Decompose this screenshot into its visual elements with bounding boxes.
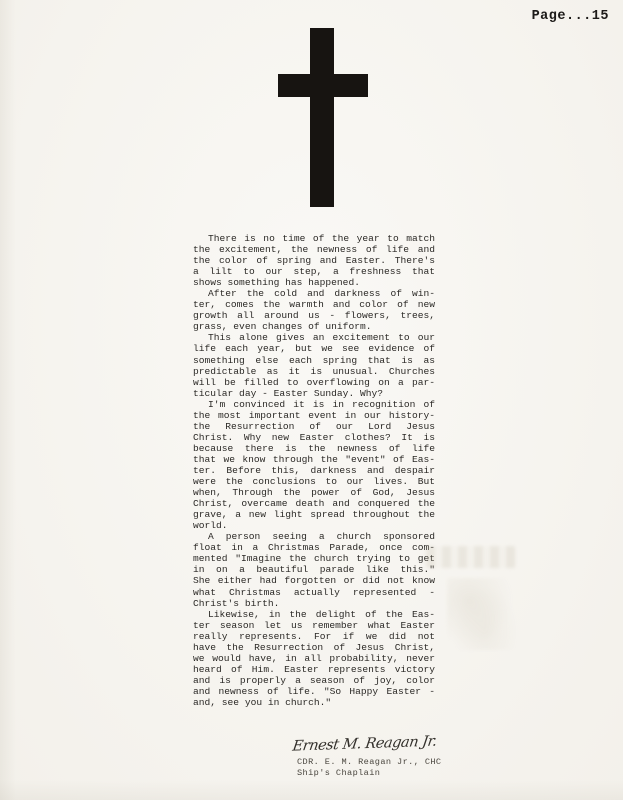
text-line: grave, a new light spread throughout the [193, 509, 435, 520]
text-line: mented "Imagine the church trying to get [193, 553, 435, 564]
text-line: growth all around us - flowers, trees, [193, 310, 435, 321]
text-line: predictable as it is unusual. Churches [193, 366, 435, 377]
scanned-document-page: Page...15 There is no time of the year t… [0, 0, 623, 800]
text-line: the excitement, the newness of life and [193, 244, 435, 255]
bleed-through-smudge [426, 546, 516, 568]
text-line: and is properly a season of joy, color [193, 675, 435, 686]
text-line: Christ, overcame death and conquered the [193, 498, 435, 509]
cross-vertical-bar [310, 28, 334, 207]
text-line: A person seeing a church sponsored [193, 531, 435, 542]
text-line: heard of Him. Easter represents victory [193, 664, 435, 675]
text-line: we would have, in all probability, never [193, 653, 435, 664]
text-line: ticular day - Easter Sunday. Why? [193, 388, 435, 399]
text-line: She either had forgotten or did not know [193, 575, 435, 586]
text-line: the Resurrection of our Lord Jesus [193, 421, 435, 432]
text-line: the color of spring and Easter. There's [193, 255, 435, 266]
signature-typed-name: CDR. E. M. Reagan Jr., CHC [297, 757, 441, 767]
bleed-through-smudge [447, 578, 517, 650]
text-line: when, Through the power of God, Jesus [193, 487, 435, 498]
text-line: Christ. Why new Easter clothes? It is [193, 432, 435, 443]
text-line: There is no time of the year to match [193, 233, 435, 244]
text-line: something else each spring that is as [193, 355, 435, 366]
text-line: After the cold and darkness of win- [193, 288, 435, 299]
cross-horizontal-bar [278, 74, 368, 97]
text-line: what Christmas actually represented - [193, 587, 435, 598]
text-line: shows something has happened. [193, 277, 435, 288]
text-line: Christ's birth. [193, 598, 435, 609]
text-line: will be filled to overflowing on a par- [193, 377, 435, 388]
text-line: ter, comes the warmth and color of new [193, 299, 435, 310]
text-line: were the conclusions to our lives. But [193, 476, 435, 487]
text-line: This alone gives an excitement to our [193, 332, 435, 343]
text-line: a lilt to our step, a freshness that [193, 266, 435, 277]
text-line: float in a Christmas Parade, once com- [193, 542, 435, 553]
text-line: and, see you in church." [193, 697, 435, 708]
text-line: the most important event in our history- [193, 410, 435, 421]
text-line: have the Resurrection of Jesus Christ, [193, 642, 435, 653]
body-text: There is no time of the year to matchthe… [193, 233, 435, 708]
text-line: life each year, but we see evidence of [193, 343, 435, 354]
text-line: really represents. For if we did not [193, 631, 435, 642]
text-line: ter. Before this, darkness and despair [193, 465, 435, 476]
page-number: Page...15 [532, 9, 609, 24]
text-line: grass, even changes of uniform. [193, 321, 435, 332]
text-line: world. [193, 520, 435, 531]
handwritten-signature: Ernest M. Reagan Jr. [291, 733, 444, 754]
text-line: I'm convinced it is in recognition of [193, 399, 435, 410]
text-line: ter season let us remember what Easter [193, 620, 435, 631]
text-line: and newness of life. "So Happy Easter - [193, 686, 435, 697]
text-line: that we know through the "event" of Eas- [193, 454, 435, 465]
text-line: because there is the newness of life [193, 443, 435, 454]
text-line: Likewise, in the delight of the Eas- [193, 609, 435, 620]
signature-typed-title: Ship's Chaplain [297, 768, 380, 778]
text-line: in on a beautiful parade like this." [193, 564, 435, 575]
